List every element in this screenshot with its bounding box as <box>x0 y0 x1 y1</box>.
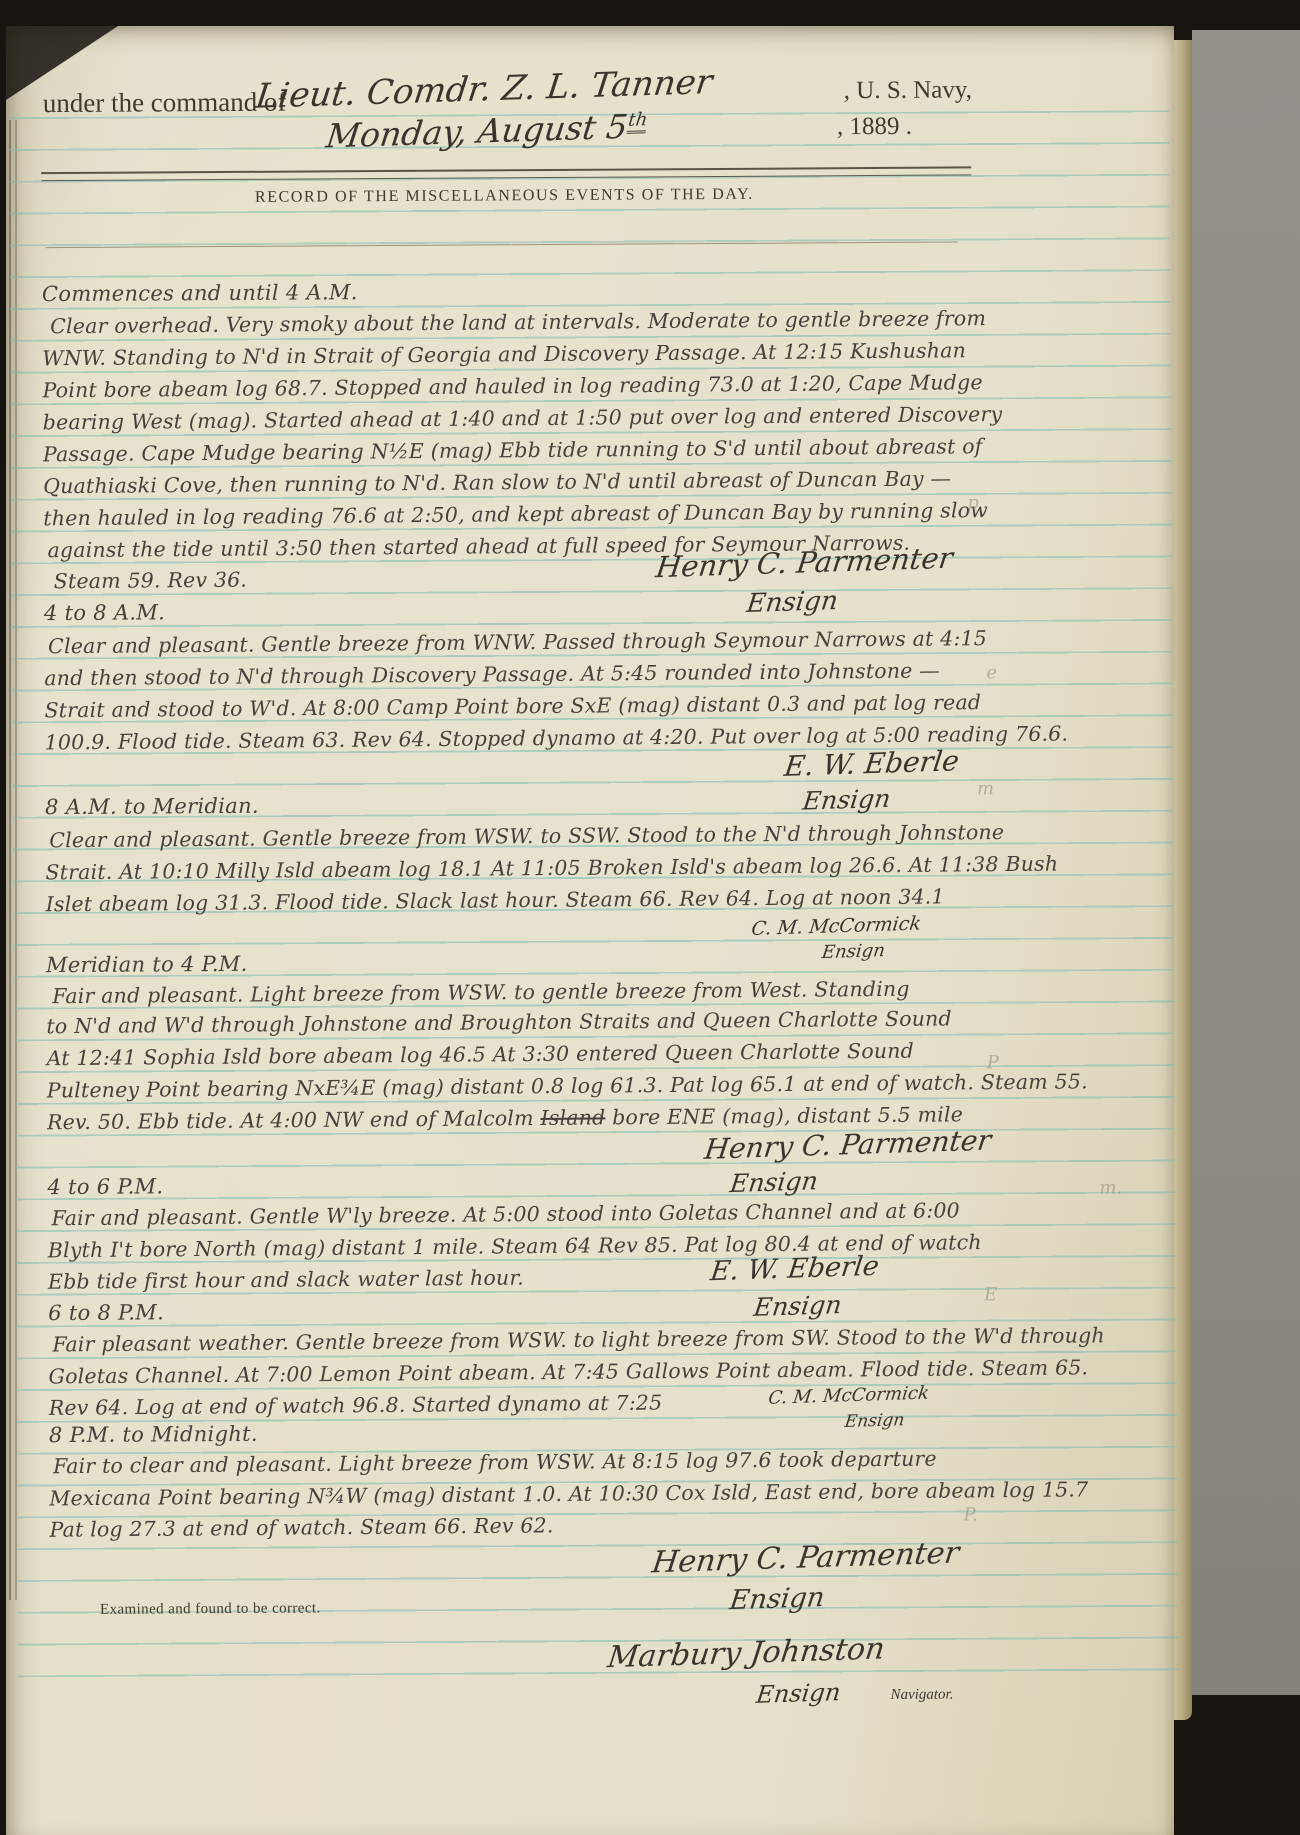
margin-mark: P <box>987 1052 999 1073</box>
log-entry-line: Pat log 27.3 at end of watch. Steam 66. … <box>49 1513 553 1541</box>
margin-mark: p <box>967 492 979 513</box>
watch-heading: 4 to 6 P.M. <box>47 1174 163 1199</box>
watch-heading: 4 to 8 A.M. <box>44 600 165 625</box>
navigator-rank-printed: Navigator. <box>890 1687 953 1704</box>
struck-word: Island <box>540 1105 605 1130</box>
signature-rank: Ensign <box>728 1582 827 1616</box>
signature-rank: Ensign <box>728 1166 819 1198</box>
log-entry-line: Steam 59. Rev 36. <box>54 568 248 594</box>
margin-mark: P. <box>963 1504 977 1525</box>
year-printed: , 1889 . <box>837 113 912 141</box>
margin-mark: E <box>984 1284 997 1305</box>
date-ordinal: th <box>627 109 649 134</box>
log-entry-line: Ebb tide first hour and slack water last… <box>48 1266 524 1294</box>
signature-name: E. W. Eberle <box>782 744 961 783</box>
examined-statement-printed: Examined and found to be correct. <box>100 1600 321 1618</box>
signature-name: E. W. Eberle <box>709 1251 881 1287</box>
watch-heading: 8 P.M. to Midnight. <box>49 1422 258 1447</box>
navigator-rank-handwritten: Ensign <box>755 1678 843 1709</box>
margin-mark: m <box>977 778 994 799</box>
watch-heading: Meridian to 4 P.M. <box>46 952 248 977</box>
navy-suffix-printed: , U. S. Navy, <box>844 76 972 105</box>
logbook-scan: under the command of Lieut. Comdr. Z. L.… <box>0 0 1300 1835</box>
signature-rank: Ensign <box>752 1290 843 1322</box>
signature-rank: Ensign <box>745 586 840 619</box>
watch-heading: 6 to 8 P.M. <box>48 1300 164 1325</box>
watch-heading: 8 A.M. to Meridian. <box>45 794 259 819</box>
margin-mark: e <box>986 662 997 683</box>
signature-rank: Ensign <box>843 1410 905 1432</box>
command-prefix-printed: under the command of <box>43 87 287 119</box>
signature-rank: Ensign <box>821 940 887 963</box>
watch-heading: Commences and until 4 A.M. <box>42 280 358 306</box>
signature-rank: Ensign <box>801 784 892 816</box>
margin-mark: m. <box>1099 1178 1122 1199</box>
page-content: under the command of Lieut. Comdr. Z. L.… <box>0 0 1300 1835</box>
line-segment: Rev. 50. Ebb tide. At 4:00 NW end of Mal… <box>47 1106 541 1134</box>
